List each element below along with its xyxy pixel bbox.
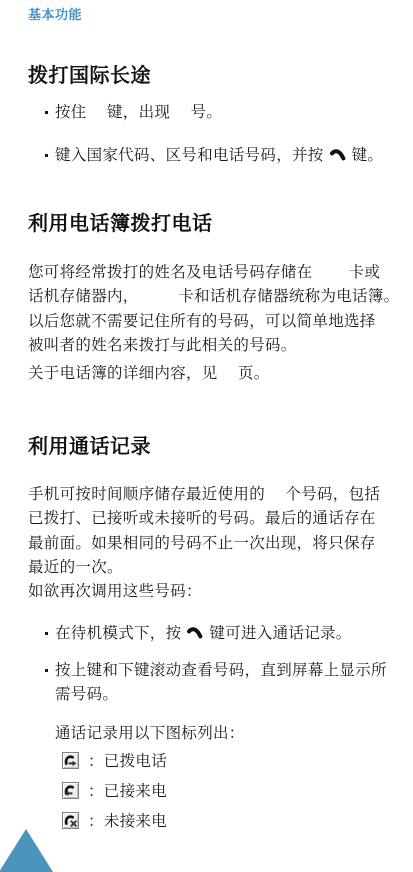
list-item-enter-code: 键入国家代码、区号和电话号码，并按键。 [45, 144, 383, 168]
bullet-text-post: 键可进入通话记录。 [209, 625, 351, 642]
phonebook-paragraph: 您可将经常拨打的姓名及电话号码存储在 卡或 话机存储器内， 卡和话机存储器统称为… [28, 261, 399, 359]
icons-intro: 通话记录用以下图标列出： [55, 723, 245, 745]
missed-call-icon [62, 812, 79, 829]
legend-label: ：已接来电 [88, 779, 167, 801]
list-item-hold-key: 按住 键，出现 号。 [45, 101, 222, 125]
section-heading-call-log: 利用通话记录 [28, 430, 151, 459]
bullet-text: 按住 键，出现 号。 [55, 101, 222, 125]
breadcrumb: 基本功能 [28, 4, 82, 23]
bullet-dot [45, 632, 48, 635]
bullet-dot [45, 154, 48, 157]
see-page-note: 关于电话簿的详细内容，见 页。 [28, 362, 270, 387]
dialed-call-icon [62, 752, 79, 769]
manual-page: 基本功能 拨打国际长途 按住 键，出现 号。 键入国家代码、区号和电话号码，并按… [0, 0, 413, 872]
bullet-text-pre: 在待机模式下，按 [55, 625, 181, 642]
legend-item-received: ：已接来电 [62, 779, 167, 801]
legend-item-dialed: ：已拨电话 [62, 749, 167, 771]
call-log-paragraph: 手机可按时间顺序储存最近使用的 个号码，包括 已拨打、已接听或未接听的号码。最后… [28, 483, 380, 581]
bullet-text-post: 键。 [352, 147, 384, 164]
bullet-dot [45, 669, 48, 672]
send-key-icon [329, 149, 347, 162]
section-heading-phonebook-dialing: 利用电话簿拨打电话 [28, 207, 213, 236]
legend-label: ：已拨电话 [88, 749, 167, 771]
section-heading-international-dialing: 拨打国际长途 [28, 59, 151, 88]
list-item-standby-send: 在待机模式下，按键可进入通话记录。 [45, 622, 352, 646]
recall-intro: 如欲再次调用这些号码： [28, 580, 202, 605]
legend-label: ：未接来电 [88, 809, 167, 831]
bullet-text: 键入国家代码、区号和电话号码，并按键。 [55, 144, 383, 168]
legend-item-missed: ：未接来电 [62, 809, 167, 831]
bullet-text: 在待机模式下，按键可进入通话记录。 [55, 622, 352, 646]
bullet-text: 按上键和下键滚动查看号码，直到屏幕上显示所 需号码。 [55, 659, 387, 706]
bullet-dot [45, 111, 48, 114]
send-key-icon [186, 627, 204, 640]
received-call-icon [62, 782, 79, 799]
list-item-scroll-keys: 按上键和下键滚动查看号码，直到屏幕上显示所 需号码。 [45, 659, 387, 706]
bullet-text-pre: 键入国家代码、区号和电话号码，并按 [55, 147, 324, 164]
page-corner-triangle [0, 829, 53, 872]
